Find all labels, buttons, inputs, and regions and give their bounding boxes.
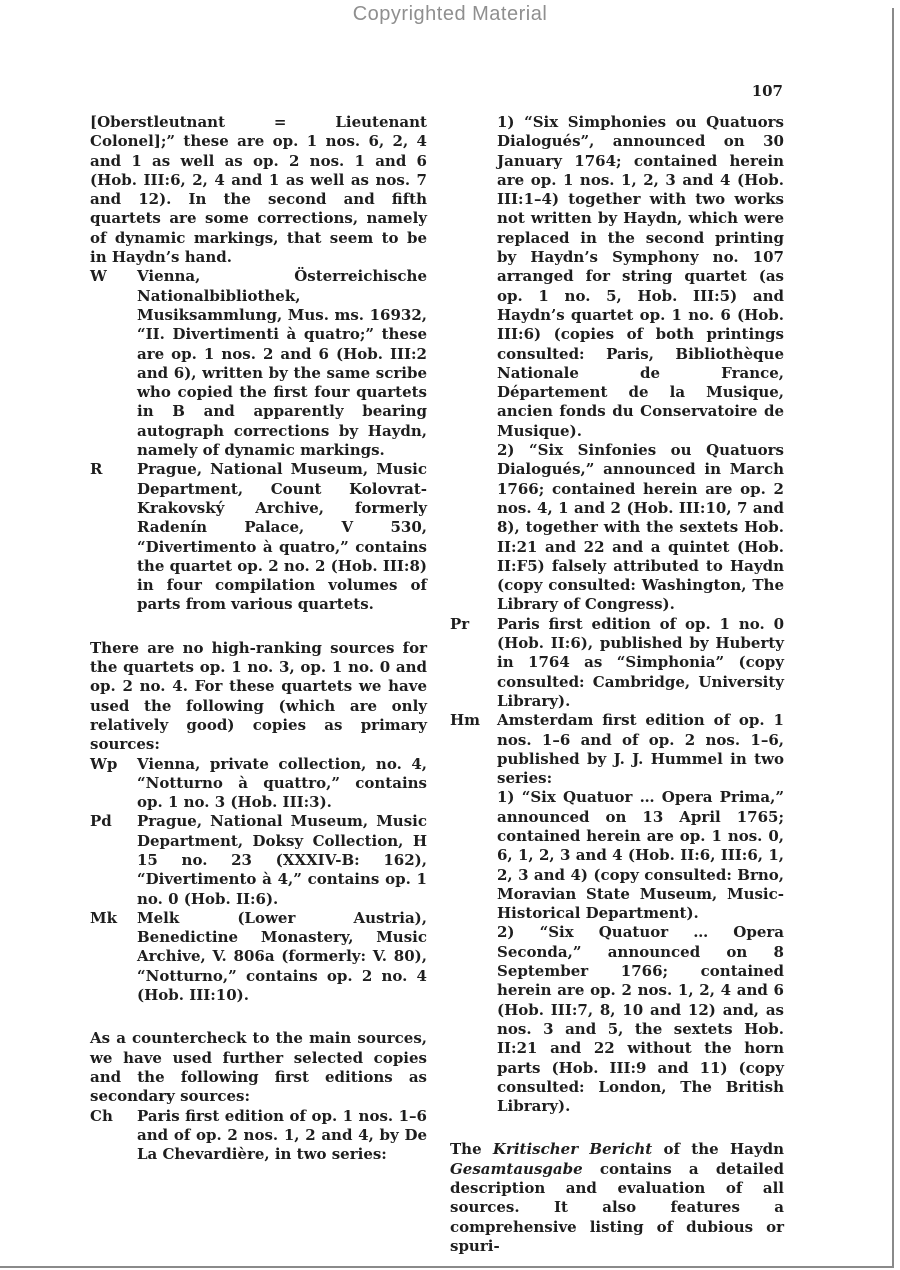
ch-series-1: 1) “Six Simphonies ou Quatuors Dialogués… <box>497 113 784 441</box>
source-entry-hm: Hm Amsterdam first edition of op. 1 nos.… <box>450 711 784 1116</box>
source-entry-wp: Wp Vienna, private collection, no. 4, “N… <box>90 755 427 813</box>
scan-edge-right <box>892 8 894 1268</box>
source-entry-text: Paris first edition of op. 1 no. 0 (Hob.… <box>497 615 784 711</box>
source-entry-pd: Pd Prague, National Museum, Music Depart… <box>90 812 427 908</box>
source-entry-text: Vienna, private collection, no. 4, “Nott… <box>137 755 427 813</box>
source-entry-r: R Prague, National Museum, Music Departm… <box>90 460 427 614</box>
closing-seg-2: of the Haydn <box>652 1140 784 1158</box>
source-entry-text: Paris first edition of op. 1 nos. 1–6 an… <box>137 1107 427 1165</box>
closing-seg-italic-1: Kritischer Bericht <box>493 1140 652 1158</box>
hm-series-1: 1) “Six Quatuor … Opera Prima,” announce… <box>497 788 784 923</box>
closing-seg-italic-2: Gesamtausgabe <box>450 1160 583 1178</box>
source-siglum: Wp <box>90 755 117 774</box>
source-entry-w: W Vienna, Österreichische Nationalbiblio… <box>90 267 427 460</box>
scan-edge-bottom <box>0 1266 894 1268</box>
left-text-column: [Oberstleutnant = Lieutenant Colonel];” … <box>90 113 427 1164</box>
source-entry-mk: Mk Melk (Lower Austria), Benedictine Mon… <box>90 909 427 1005</box>
source-siglum: R <box>90 460 102 479</box>
source-siglum: W <box>90 267 107 286</box>
source-siglum: Hm <box>450 711 480 730</box>
source-entry-ch: Ch Paris first edition of op. 1 nos. 1–6… <box>90 1107 427 1165</box>
ch-entry-series-list: 1) “Six Simphonies ou Quatuors Dialogués… <box>497 113 784 615</box>
source-siglum: Pr <box>450 615 469 634</box>
hm-series-2: 2) “Six Quatuor … Opera Seconda,” announ… <box>497 923 784 1116</box>
source-siglum: Mk <box>90 909 117 928</box>
ch-series-2: 2) “Six Sinfonies ou Quatuors Dialogués,… <box>497 441 784 615</box>
source-entry-text: Prague, National Museum, Music Departmen… <box>137 460 427 614</box>
paragraph-countercheck: As a countercheck to the main sources, w… <box>90 1029 427 1106</box>
paragraph-primary-sources: There are no high-ranking sources for th… <box>90 639 427 755</box>
right-text-column: 1) “Six Simphonies ou Quatuors Dialogués… <box>450 113 784 1256</box>
closing-seg-1: The <box>450 1140 493 1158</box>
source-siglum: Ch <box>90 1107 113 1126</box>
source-siglum: Pd <box>90 812 112 831</box>
source-entry-text: Amsterdam first edition of op. 1 nos. 1–… <box>497 711 784 788</box>
source-entry-text: Vienna, Österreichische Nationalbiblioth… <box>137 267 427 460</box>
source-entry-pr: Pr Paris first edition of op. 1 no. 0 (H… <box>450 615 784 711</box>
source-entry-text: Prague, National Museum, Music Departmen… <box>137 812 427 908</box>
page-number: 107 <box>450 82 783 100</box>
copyright-watermark: Copyrighted Material <box>0 3 900 26</box>
source-entry-text: Melk (Lower Austria), Benedictine Monast… <box>137 909 427 1005</box>
paragraph-continuation: [Oberstleutnant = Lieutenant Colonel];” … <box>90 113 427 267</box>
paragraph-kritischer-bericht: The Kritischer Bericht of the Haydn Gesa… <box>450 1140 784 1256</box>
